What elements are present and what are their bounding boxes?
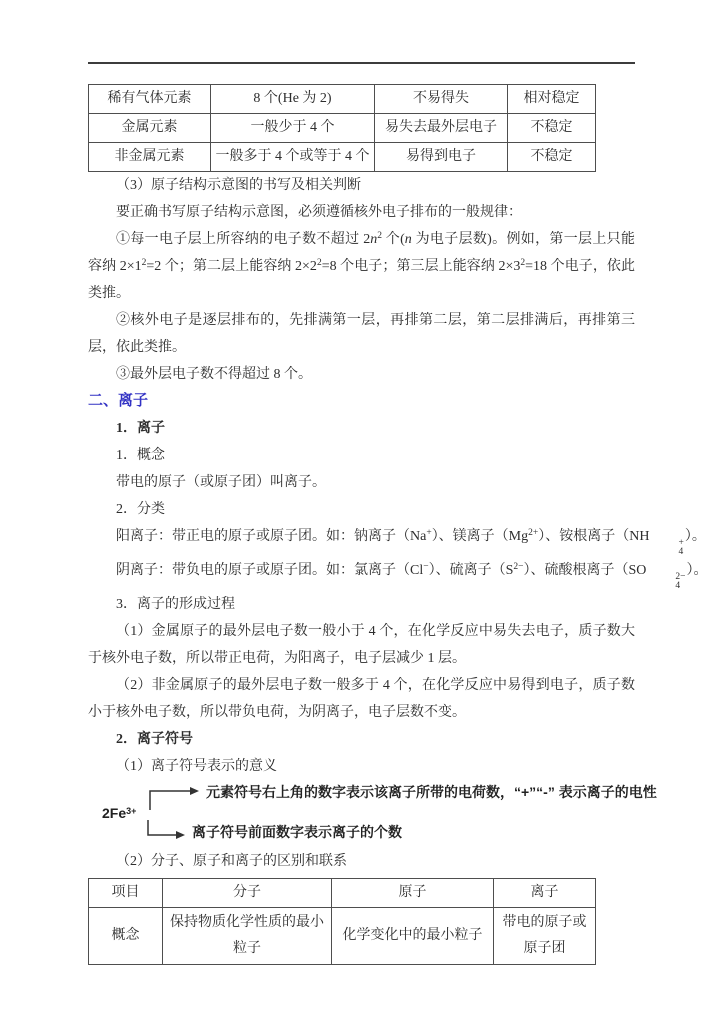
para-symbol-meaning-label: （1）离子符号表示的意义 <box>88 753 635 780</box>
para-rule-intro: 要正确书写原子结构示意图，必须遵循核外电子排布的一般规律： <box>88 199 635 226</box>
table-cell: 不稳定 <box>508 114 596 143</box>
table-header-cell: 离子 <box>494 879 596 908</box>
subsection-ion-symbol-title: 2．离子符号 <box>88 726 635 753</box>
ion-symbol-2fe3: 2Fe3+ <box>102 804 136 822</box>
para-compare-label: （2）分子、原子和离子的区别和联系 <box>88 848 635 875</box>
table-header-cell: 项目 <box>89 879 163 908</box>
table-cell: 带电的原子或原子团 <box>494 908 596 965</box>
para-rule-3: ③最外层电子数不得超过 8 个。 <box>88 361 635 388</box>
table-cell: 不稳定 <box>508 143 596 172</box>
table-header-row: 项目 分子 原子 离子 <box>89 879 596 908</box>
para-concept-label: 1．概念 <box>88 442 635 469</box>
table-cell: 非金属元素 <box>89 143 211 172</box>
para-anion: 阴离子：带负电的原子或原子团。如：氯离子（Cl−）、硫离子（S2−）、硫酸根离子… <box>88 557 635 591</box>
electron-behavior-table: 稀有气体元素 8 个(He 为 2) 不易得失 相对稳定 金属元素 一般少于 4… <box>88 84 596 172</box>
para-cation: 阳离子：带正电的原子或原子团。如：钠离子（Na+）、镁离子（Mg2+）、铵根离子… <box>88 523 635 557</box>
subsection-ion-title: 1．离子 <box>88 415 635 442</box>
table-row: 金属元素 一般少于 4 个 易失去最外层电子 不稳定 <box>89 114 596 143</box>
para-class-label: 2．分类 <box>88 496 635 523</box>
table-header-cell: 原子 <box>332 879 494 908</box>
table-cell: 一般少于 4 个 <box>211 114 375 143</box>
table-cell: 保持物质化学性质的最小粒子 <box>163 908 332 965</box>
para-formation-2: （2）非金属原子的最外层电子数一般多于 4 个，在化学反应中易得到电子，质子数小… <box>88 672 635 726</box>
section-number: 二、 <box>88 393 118 409</box>
table-cell: 相对稳定 <box>508 85 596 114</box>
table-cell: 金属元素 <box>89 114 211 143</box>
annotation-charge-meaning: 元素符号右上角的数字表示该离子所带的电荷数，“+”“-” 表示离子的电性 <box>206 784 657 800</box>
table-cell: 一般多于 4 个或等于 4 个 <box>211 143 375 172</box>
table-row: 非金属元素 一般多于 4 个或等于 4 个 易得到电子 不稳定 <box>89 143 596 172</box>
para-structure-diagram-title: （3）原子结构示意图的书写及相关判断 <box>88 172 635 199</box>
para-rule-1: ①每一电子层上所容纳的电子数不超过 2n2 个(n 为电子层数)。例如，第一层上… <box>88 226 635 307</box>
document-page: 稀有气体元素 8 个(He 为 2) 不易得失 相对稳定 金属元素 一般少于 4… <box>0 0 720 1019</box>
table-cell: 易失去最外层电子 <box>375 114 508 143</box>
particle-comparison-table: 项目 分子 原子 离子 概念 保持物质化学性质的最小粒子 化学变化中的最小粒子 … <box>88 878 596 965</box>
section-title: 离子 <box>118 393 148 409</box>
table-cell: 易得到电子 <box>375 143 508 172</box>
table-cell: 概念 <box>89 908 163 965</box>
document-content: 稀有气体元素 8 个(He 为 2) 不易得失 相对稳定 金属元素 一般少于 4… <box>88 84 635 965</box>
para-formation-1: （1）金属原子的最外层电子数一般小于 4 个，在化学反应中易失去电子，质子数大于… <box>88 618 635 672</box>
table-cell: 不易得失 <box>375 85 508 114</box>
annotation-count-meaning: 离子符号前面数字表示离子的个数 <box>192 824 402 840</box>
para-rule-2: ②核外电子是逐层排布的，先排满第一层，再排第二层，第二层排满后，再排第三层，依此… <box>88 307 635 361</box>
table-row: 稀有气体元素 8 个(He 为 2) 不易得失 相对稳定 <box>89 85 596 114</box>
table-cell: 8 个(He 为 2) <box>211 85 375 114</box>
section-heading-ions: 二、离子 <box>88 388 635 415</box>
para-concept-text: 带电的原子（或原子团）叫离子。 <box>88 469 635 496</box>
header-rule-divider <box>88 62 635 64</box>
para-formation-label: 3．离子的形成过程 <box>88 591 635 618</box>
table-cell: 稀有气体元素 <box>89 85 211 114</box>
table-row: 概念 保持物质化学性质的最小粒子 化学变化中的最小粒子 带电的原子或原子团 <box>89 908 596 965</box>
table-header-cell: 分子 <box>163 879 332 908</box>
table-cell: 化学变化中的最小粒子 <box>332 908 494 965</box>
ion-symbol-diagram: 2Fe3+ 元素符号右上角的数字表示该离子所带的电荷数，“+”“-” 表示离子的… <box>102 784 635 846</box>
